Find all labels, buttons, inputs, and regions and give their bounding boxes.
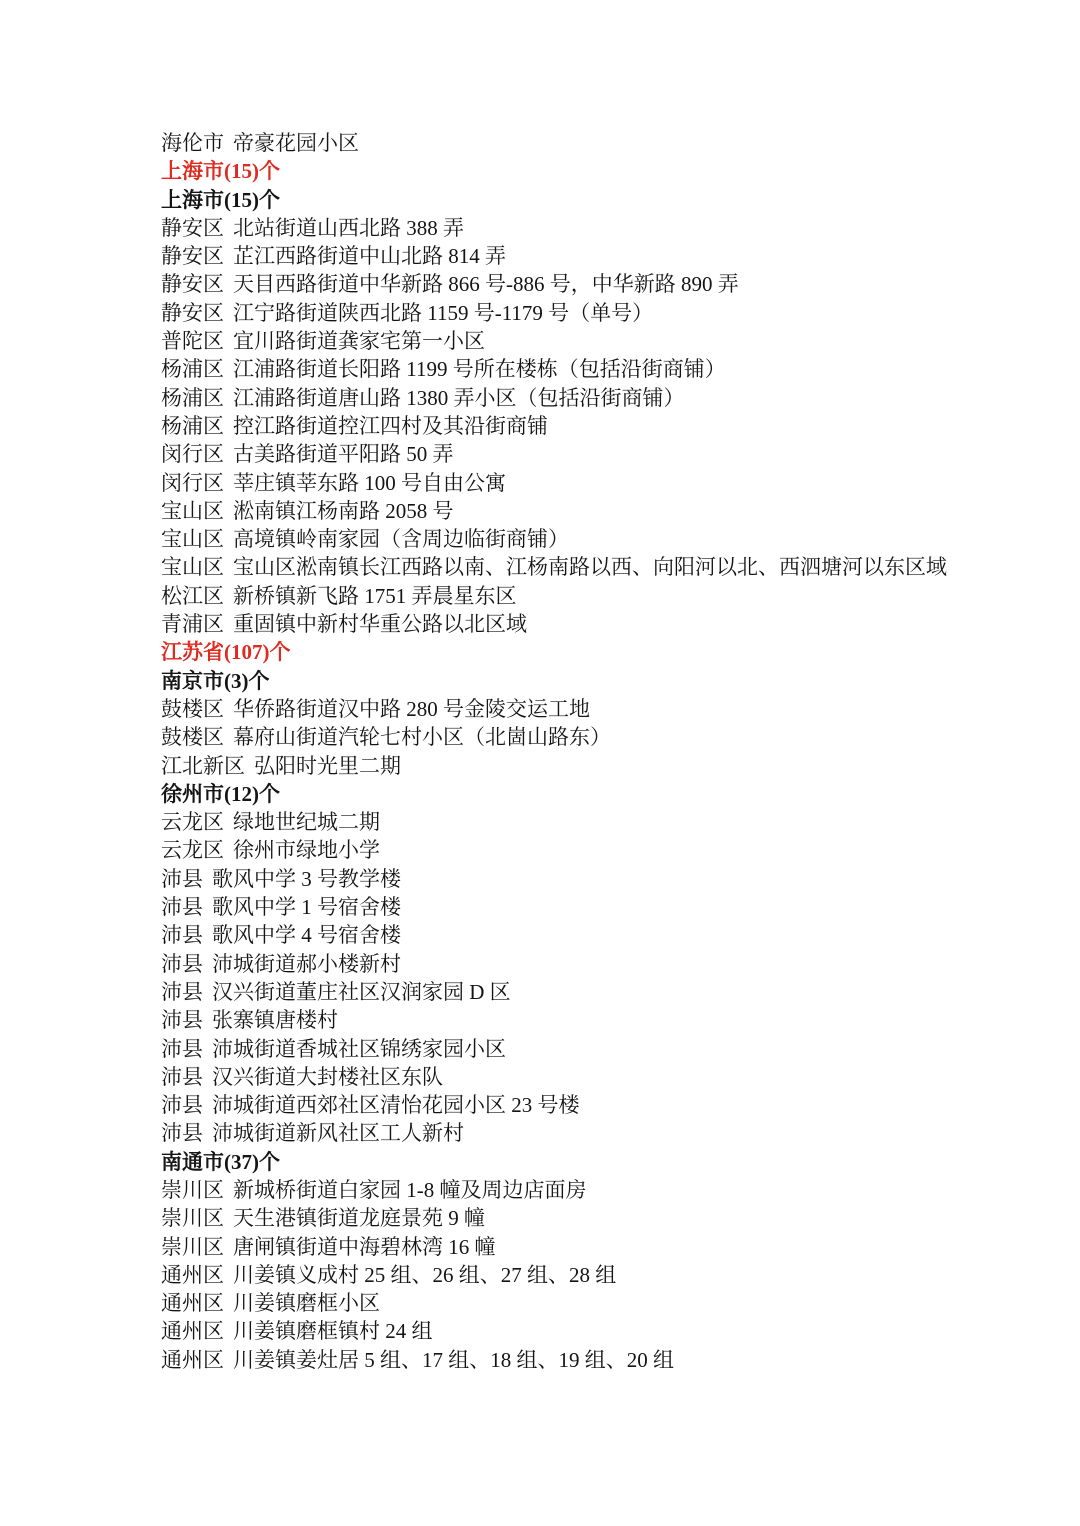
district-label: 沛县 (161, 867, 203, 891)
address-text: 沛城街道香城社区锦绣家园小区 (212, 1037, 506, 1061)
address-text: 沛城街道新风社区工人新村 (212, 1121, 464, 1145)
document-page: 海伦市帝豪花园小区上海市(15)个上海市(15)个静安区北站街道山西北路 388… (0, 0, 1080, 1526)
district-label: 海伦市 (161, 131, 224, 155)
address-text: 宝山区淞南镇长江西路以南、江杨南路以西、向阳河以北、西泗塘河以东区域 (233, 555, 947, 579)
address-text: 张寨镇唐楼村 (212, 1008, 338, 1032)
address-line: 沛县汉兴街道大封楼社区东队 (161, 1063, 1080, 1091)
address-text: 高境镇岭南家园（含周边临街商铺） (233, 527, 569, 551)
district-label: 松江区 (161, 584, 224, 608)
district-label: 鼓楼区 (161, 725, 224, 749)
address-line: 通州区川姜镇义成村 25 组、26 组、27 组、28 组 (161, 1261, 1080, 1289)
address-text: 歌风中学 4 号宿舍楼 (212, 923, 401, 947)
address-text: 重固镇中新村华重公路以北区域 (233, 612, 527, 636)
address-text: 徐州市绿地小学 (233, 838, 380, 862)
address-line: 宝山区宝山区淞南镇长江西路以南、江杨南路以西、向阳河以北、西泗塘河以东区域 (161, 553, 1080, 581)
district-label: 通州区 (161, 1291, 224, 1315)
address-text: 淞南镇江杨南路 2058 号 (233, 499, 454, 523)
district-label: 沛县 (161, 1037, 203, 1061)
address-line: 沛县沛城街道西郊社区清怡花园小区 23 号楼 (161, 1091, 1080, 1119)
address-line: 崇川区新城桥街道白家园 1-8 幢及周边店面房 (161, 1176, 1080, 1204)
address-text: 芷江西路街道中山北路 814 弄 (233, 244, 506, 268)
district-label: 杨浦区 (161, 414, 224, 438)
province-header: 江苏省(107)个 (161, 638, 1080, 666)
address-line: 沛县沛城街道新风社区工人新村 (161, 1119, 1080, 1147)
address-line: 闵行区古美路街道平阳路 50 弄 (161, 440, 1080, 468)
address-text: 歌风中学 1 号宿舍楼 (212, 895, 401, 919)
address-text: 川姜镇姜灶居 5 组、17 组、18 组、19 组、20 组 (233, 1348, 674, 1372)
address-text: 控江路街道控江四村及其沿街商铺 (233, 414, 548, 438)
address-line: 通州区川姜镇磨框镇村 24 组 (161, 1317, 1080, 1345)
address-text: 唐闸镇街道中海碧林湾 16 幢 (233, 1235, 496, 1259)
address-line: 松江区新桥镇新飞路 1751 弄晨星东区 (161, 582, 1080, 610)
address-line: 静安区北站街道山西北路 388 弄 (161, 214, 1080, 242)
address-line: 通州区川姜镇磨框小区 (161, 1289, 1080, 1317)
address-line: 杨浦区江浦路街道长阳路 1199 号所在楼栋（包括沿街商铺） (161, 355, 1080, 383)
address-text: 新桥镇新飞路 1751 弄晨星东区 (233, 584, 517, 608)
district-label: 通州区 (161, 1348, 224, 1372)
province-header: 上海市(15)个 (161, 157, 1080, 185)
district-label: 云龙区 (161, 838, 224, 862)
address-line: 普陀区宜川路街道龚家宅第一小区 (161, 327, 1080, 355)
address-text: 江浦路街道长阳路 1199 号所在楼栋（包括沿街商铺） (233, 357, 726, 381)
address-text: 绿地世纪城二期 (233, 810, 380, 834)
district-label: 宝山区 (161, 555, 224, 579)
address-text: 川姜镇磨框小区 (233, 1291, 380, 1315)
address-line: 江北新区弘阳时光里二期 (161, 752, 1080, 780)
address-line: 宝山区高境镇岭南家园（含周边临街商铺） (161, 525, 1080, 553)
district-label: 江北新区 (161, 754, 245, 778)
address-line: 沛县歌风中学 1 号宿舍楼 (161, 893, 1080, 921)
district-label: 沛县 (161, 1121, 203, 1145)
address-line: 杨浦区控江路街道控江四村及其沿街商铺 (161, 412, 1080, 440)
district-label: 沛县 (161, 1008, 203, 1032)
address-text: 沛城街道西郊社区清怡花园小区 23 号楼 (212, 1093, 580, 1117)
address-text: 江浦路街道唐山路 1380 弄小区（包括沿街商铺） (233, 386, 685, 410)
address-line: 沛县张寨镇唐楼村 (161, 1006, 1080, 1034)
address-line: 鼓楼区幕府山街道汽轮七村小区（北崮山路东） (161, 723, 1080, 751)
address-line: 静安区天目西路街道中华新路 866 号-886 号，中华新路 890 弄 (161, 270, 1080, 298)
address-line: 沛县沛城街道香城社区锦绣家园小区 (161, 1035, 1080, 1063)
address-text: 华侨路街道汉中路 280 号金陵交运工地 (233, 697, 590, 721)
district-label: 沛县 (161, 923, 203, 947)
district-label: 闵行区 (161, 471, 224, 495)
district-label: 普陀区 (161, 329, 224, 353)
address-line: 云龙区徐州市绿地小学 (161, 836, 1080, 864)
city-header: 徐州市(12)个 (161, 780, 1080, 808)
address-line: 沛县汉兴街道董庄社区汉润家园 D 区 (161, 978, 1080, 1006)
district-label: 崇川区 (161, 1235, 224, 1259)
address-text: 沛城街道郝小楼新村 (212, 952, 401, 976)
address-text: 天生港镇街道龙庭景苑 9 幢 (233, 1206, 485, 1230)
address-text: 天目西路街道中华新路 866 号-886 号，中华新路 890 弄 (233, 272, 739, 296)
address-line: 沛县沛城街道郝小楼新村 (161, 950, 1080, 978)
address-line: 杨浦区江浦路街道唐山路 1380 弄小区（包括沿街商铺） (161, 384, 1080, 412)
address-line: 崇川区天生港镇街道龙庭景苑 9 幢 (161, 1204, 1080, 1232)
address-text: 川姜镇义成村 25 组、26 组、27 组、28 组 (233, 1263, 616, 1287)
district-label: 宝山区 (161, 527, 224, 551)
address-line: 静安区江宁路街道陕西北路 1159 号-1179 号（单号） (161, 299, 1080, 327)
district-label: 沛县 (161, 1093, 203, 1117)
city-header: 上海市(15)个 (161, 186, 1080, 214)
address-text: 帝豪花园小区 (233, 131, 359, 155)
address-line: 静安区芷江西路街道中山北路 814 弄 (161, 242, 1080, 270)
district-label: 沛县 (161, 980, 203, 1004)
district-label: 通州区 (161, 1263, 224, 1287)
address-line: 通州区川姜镇姜灶居 5 组、17 组、18 组、19 组、20 组 (161, 1346, 1080, 1374)
district-label: 静安区 (161, 272, 224, 296)
address-text: 汉兴街道董庄社区汉润家园 D 区 (212, 980, 511, 1004)
district-label: 沛县 (161, 952, 203, 976)
district-label: 静安区 (161, 244, 224, 268)
address-line: 云龙区绿地世纪城二期 (161, 808, 1080, 836)
address-text: 宜川路街道龚家宅第一小区 (233, 329, 485, 353)
address-line: 沛县歌风中学 4 号宿舍楼 (161, 921, 1080, 949)
address-line: 崇川区唐闸镇街道中海碧林湾 16 幢 (161, 1233, 1080, 1261)
address-text: 新城桥街道白家园 1-8 幢及周边店面房 (233, 1178, 587, 1202)
address-text: 弘阳时光里二期 (254, 754, 401, 778)
address-text: 川姜镇磨框镇村 24 组 (233, 1319, 433, 1343)
district-label: 青浦区 (161, 612, 224, 636)
address-text: 歌风中学 3 号教学楼 (212, 867, 401, 891)
address-text: 莘庄镇莘东路 100 号自由公寓 (233, 471, 506, 495)
document-content: 海伦市帝豪花园小区上海市(15)个上海市(15)个静安区北站街道山西北路 388… (161, 129, 1080, 1374)
address-text: 北站街道山西北路 388 弄 (233, 216, 464, 240)
address-line: 宝山区淞南镇江杨南路 2058 号 (161, 497, 1080, 525)
district-label: 崇川区 (161, 1206, 224, 1230)
address-text: 古美路街道平阳路 50 弄 (233, 442, 454, 466)
address-line: 鼓楼区华侨路街道汉中路 280 号金陵交运工地 (161, 695, 1080, 723)
city-header: 南京市(3)个 (161, 667, 1080, 695)
district-label: 杨浦区 (161, 357, 224, 381)
district-label: 通州区 (161, 1319, 224, 1343)
address-line: 青浦区重固镇中新村华重公路以北区域 (161, 610, 1080, 638)
address-line: 海伦市帝豪花园小区 (161, 129, 1080, 157)
district-label: 静安区 (161, 216, 224, 240)
district-label: 杨浦区 (161, 386, 224, 410)
district-label: 沛县 (161, 1065, 203, 1089)
district-label: 崇川区 (161, 1178, 224, 1202)
address-text: 江宁路街道陕西北路 1159 号-1179 号（单号） (233, 301, 653, 325)
address-text: 汉兴街道大封楼社区东队 (212, 1065, 443, 1089)
address-line: 闵行区莘庄镇莘东路 100 号自由公寓 (161, 469, 1080, 497)
district-label: 闵行区 (161, 442, 224, 466)
district-label: 云龙区 (161, 810, 224, 834)
address-text: 幕府山街道汽轮七村小区（北崮山路东） (233, 725, 611, 749)
district-label: 宝山区 (161, 499, 224, 523)
district-label: 鼓楼区 (161, 697, 224, 721)
district-label: 沛县 (161, 895, 203, 919)
district-label: 静安区 (161, 301, 224, 325)
city-header: 南通市(37)个 (161, 1148, 1080, 1176)
address-line: 沛县歌风中学 3 号教学楼 (161, 865, 1080, 893)
